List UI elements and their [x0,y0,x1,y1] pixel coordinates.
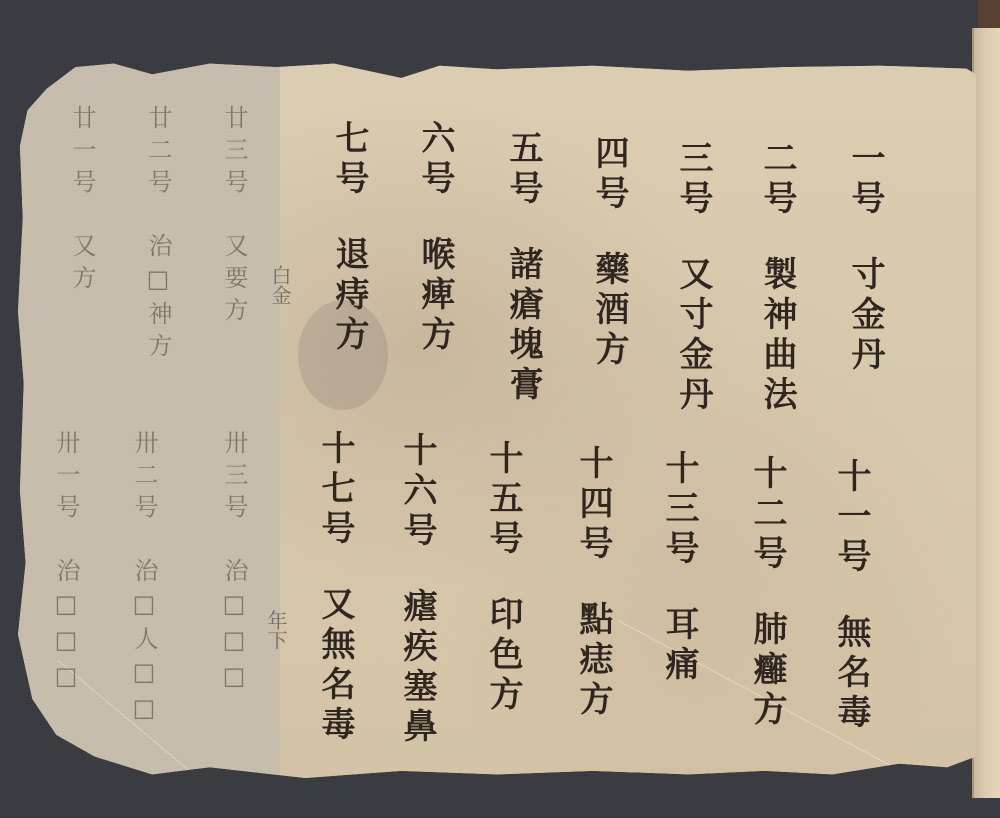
faded-entry-32: 卅二号 治□人□□ [132,430,156,730]
entry-title: 肺癰方 [747,611,787,731]
faded-entry-21: 廿一号 又方 [70,105,94,297]
faded-entry-number: 廿二号 [144,105,172,201]
entry-title: 退痔方 [329,236,369,356]
faded-entry-number: 卅一号 [52,430,80,526]
entry-number: 十六号 [400,432,434,552]
faded-entry-31: 卅一号 治□□□ [54,430,78,698]
faded-entry-number: 廿三号 [220,105,248,201]
entry-5: 五号諸瘡塊膏 [506,130,540,406]
faded-entry-title: 又方 [68,233,96,297]
entry-14: 十四号點痣方 [576,445,610,721]
entry-number: 七号 [332,120,366,200]
entry-3: 三号又寸金丹 [676,140,710,416]
entry-title: 瘧疾塞鼻 [397,588,437,748]
entry-title: 耳痛 [659,606,699,686]
entry-number: 十一号 [834,458,868,578]
entry-number: 十四号 [576,445,610,565]
entry-title: 點痣方 [573,601,613,721]
entry-number: 一号 [848,140,882,220]
entry-title: 喉痺方 [415,236,455,356]
faded-entry-title: 治□人□□ [130,558,158,730]
entry-11: 十一号無名毒 [834,458,868,734]
entry-title: 諸瘡塊膏 [503,246,543,406]
entry-title: 又寸金丹 [673,256,713,416]
entry-number: 十三号 [662,450,696,570]
faded-entry-22: 廿二号 治□神方 [146,105,170,365]
entry-number: 六号 [418,120,452,200]
entry-title: 寸金丹 [845,256,885,376]
entry-12: 十二号肺癰方 [750,455,784,731]
faded-entry-title: 又要方 [220,233,248,329]
entry-17: 十七号又無名毒 [318,430,352,746]
entry-1: 一号寸金丹 [848,140,882,376]
book-spine-binding [972,28,1000,798]
entry-2: 二号製神曲法 [760,140,794,416]
fragment-text: 白金 [266,265,295,305]
faded-entry-title: 治□□□ [52,558,80,698]
binding-top-edge [978,0,1000,30]
fragment-text: 年下 [262,610,291,650]
faded-entry-title: 治□□□ [220,558,248,698]
entry-number: 二号 [760,140,794,220]
entry-number: 十五号 [486,440,520,560]
entry-title: 印色方 [483,596,523,716]
entry-4: 四号藥酒方 [592,135,626,371]
faded-entry-number: 卅二号 [130,430,158,526]
entry-7: 七号退痔方 [332,120,366,356]
entry-15: 十五号印色方 [486,440,520,716]
entry-number: 十七号 [318,430,352,550]
entry-number: 四号 [592,135,626,215]
entry-number: 十二号 [750,455,784,575]
entry-title: 又無名毒 [315,586,355,746]
entry-title: 藥酒方 [589,251,629,371]
faded-entry-23: 廿三号 又要方 [222,105,246,329]
faded-entry-title: 治□神方 [144,233,172,365]
entry-title: 無名毒 [831,614,871,734]
entry-number: 三号 [676,140,710,220]
faded-entry-number: 卅三号 [220,430,248,526]
entry-16: 十六号瘧疾塞鼻 [400,432,434,748]
faded-entry-33: 卅三号 治□□□ [222,430,246,698]
entry-6: 六号喉痺方 [418,120,452,356]
entry-13: 十三号耳痛 [662,450,696,686]
entry-title: 製神曲法 [757,256,797,416]
entry-number: 五号 [506,130,540,210]
faded-entry-number: 廿一号 [68,105,96,201]
